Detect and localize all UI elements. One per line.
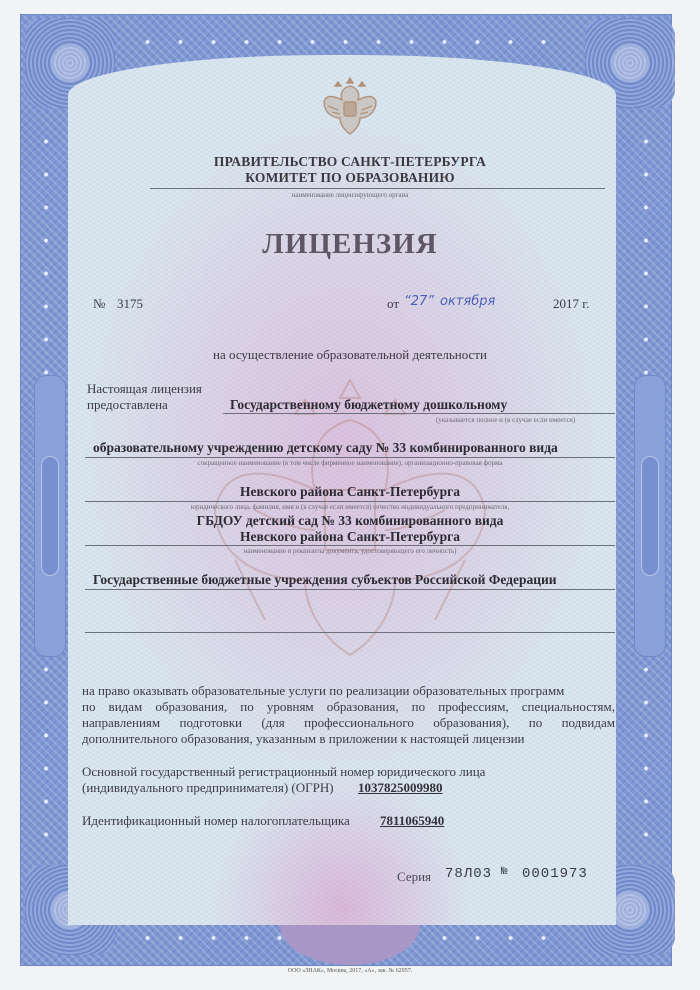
license-sheet: ПРАВИТЕЛЬСТВО САНКТ-ПЕТЕРБУРГА КОМИТЕТ П…	[0, 0, 700, 990]
document-title: ЛИЦЕНЗИЯ	[0, 228, 700, 261]
license-purpose: на осуществление образовательной деятель…	[0, 347, 700, 363]
divider	[150, 188, 605, 189]
series-value: 78Л03	[445, 866, 492, 882]
ogrn-label-line-1: Основной государственный регистрационный…	[82, 764, 485, 780]
date-month: октября	[440, 294, 495, 309]
licensee-name-line-3: Невского района Санкт-Петербурга	[0, 484, 700, 500]
date-prefix: от	[387, 296, 399, 312]
organization-form: Государственные бюджетные учреждения суб…	[93, 572, 557, 588]
rights-line-4: дополнительного образования, указанным в…	[82, 731, 525, 747]
licensee-name-line-1: Государственному бюджетному дошкольному	[230, 397, 507, 413]
short-name-line-2: Невского района Санкт-Петербурга	[0, 529, 700, 545]
caption-full-name: (указывается полное и (в случае если име…	[436, 416, 575, 424]
granted-label-line-1: Настоящая лицензия	[87, 381, 202, 397]
coat-of-arms-icon	[320, 72, 380, 140]
inn-value: 7811065940	[380, 813, 444, 829]
ogrn-value: 1037825009980	[358, 780, 443, 796]
date-year: 2017 г.	[553, 296, 589, 312]
caption-short-name: сокращенное наименование (в том числе фи…	[0, 459, 700, 467]
ogrn-label-line-2: (индивидуального предпринимателя) (ОГРН)	[82, 780, 334, 796]
rights-line-3: направлениям подготовки (для профессиона…	[82, 715, 615, 731]
authority-line-2: КОМИТЕТ ПО ОБРАЗОВАНИЮ	[0, 170, 700, 186]
license-number: 3175	[117, 296, 143, 312]
short-name-line-1: ГБДОУ детский сад № 33 комбинированного …	[0, 513, 700, 529]
caption-identity-doc: наименование и реквизиты документа, удос…	[0, 547, 700, 555]
inn-label: Идентификационный номер налогоплательщик…	[82, 813, 350, 829]
series-label: Серия	[397, 869, 431, 885]
authority-line-1: ПРАВИТЕЛЬСТВО САНКТ-ПЕТЕРБУРГА	[0, 154, 700, 170]
license-number-label: №	[93, 296, 105, 312]
printer-imprint: ООО «ЗНАК», Москва, 2017, «А», зак. № 62…	[0, 968, 700, 974]
rights-line-1: на право оказывать образовательные услуг…	[82, 683, 564, 699]
series-number-sign: №	[501, 866, 509, 878]
granted-label-line-2: предоставлена	[87, 397, 168, 413]
date-day: “27”	[404, 294, 434, 309]
series-number: 0001973	[522, 866, 588, 882]
licensee-name-line-2: образовательному учреждению детскому сад…	[93, 440, 558, 456]
rights-line-2: по видам образования, по уровням образов…	[82, 699, 615, 715]
caption-legal-entity: юридического лица, фамилия, имя и (в слу…	[0, 503, 700, 511]
authority-caption: наименование лицензирующего органа	[0, 191, 700, 199]
